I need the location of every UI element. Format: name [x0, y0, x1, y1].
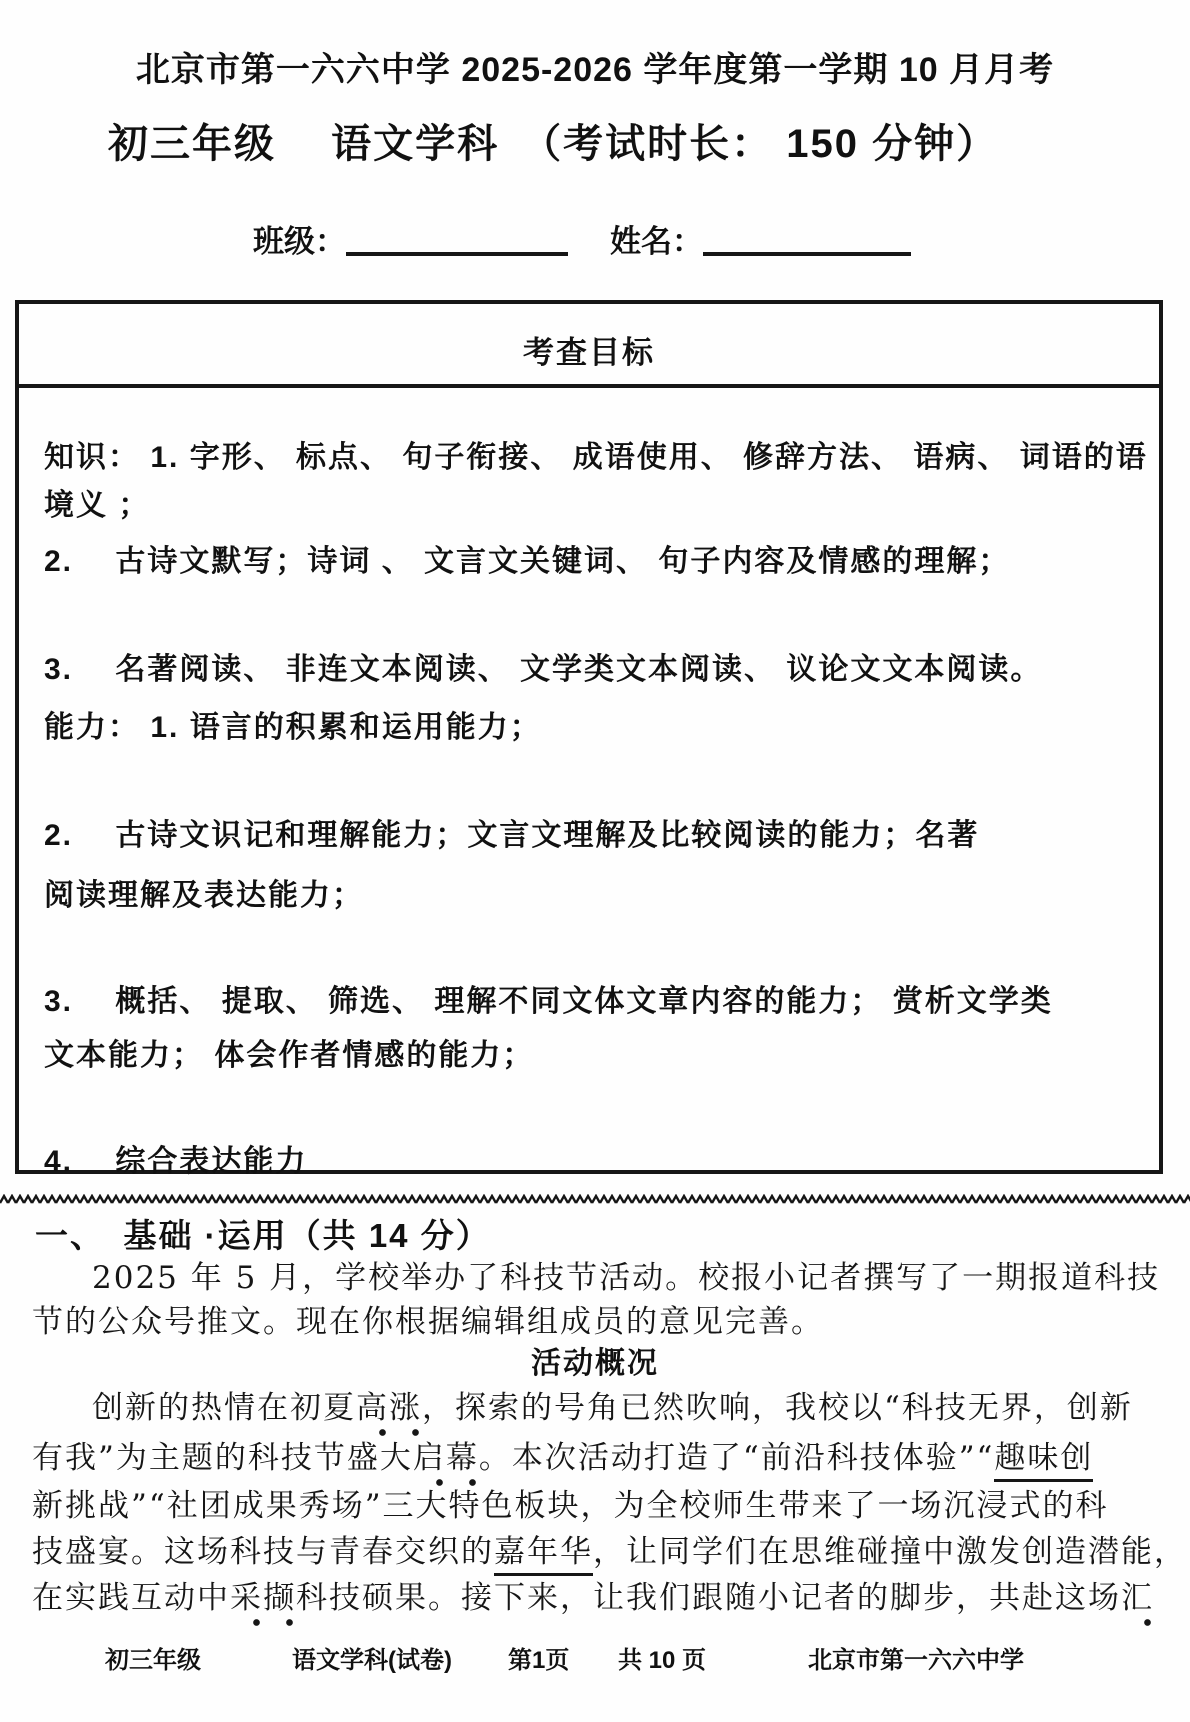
body-line: 技盛宴。这场科技与青春交织的嘉年华，让同学们在思维碰撞中激发创造潜能， [32, 1526, 1187, 1571]
footer-page-number: 第1页 [508, 1640, 569, 1675]
body-text: 新挑战”“社团成果秀场”三大特色板块，为全校师生带来了一场沉浸式的科 [32, 1488, 1109, 1524]
exam-subtitle: 初三年级 语文学科 （考试时长： 150 分钟） [108, 112, 998, 169]
exam-objectives-box: 考查目标 知识： 1. 字形、 标点、 句子衔接、 成语使用、 修辞方法、 语病… [15, 300, 1163, 1174]
underlined-text: 嘉年华 [494, 1534, 593, 1576]
objective-line: 3. 名著阅读、 非连文本阅读、 文学类文本阅读、 议论文文本阅读。 [44, 644, 1042, 688]
body-text: ，探索的号角已然吹响，我校以“科技无界，创新 [422, 1390, 1133, 1426]
intro-line: 2025 年 5 月，学校举办了科技节活动。校报小记者撰写了一期报道科技 [92, 1252, 1160, 1297]
body-text: 。本次活动打造了“前沿科技体验”“ [479, 1440, 995, 1476]
exam-paper-page: 北京市第一六六中学 2025-2026 学年度第一学期 10 月月考 初三年级 … [0, 0, 1190, 1722]
body-text: 技盛宴。这场科技与青春交织的 [32, 1534, 494, 1570]
footer-subject: 语文学科(试卷) [292, 1640, 452, 1675]
objective-line: 2. 古诗文识记和理解能力；文言文理解及比较阅读的能力；名著 [44, 810, 979, 854]
body-text: 创新的热情在初夏 [92, 1390, 356, 1426]
class-blank-field[interactable] [346, 216, 568, 256]
zigzag-divider [0, 1194, 1190, 1206]
objective-line: 能力： 1. 语言的积累和运用能力； [44, 702, 542, 746]
objective-line: 知识： 1. 字形、 标点、 句子衔接、 成语使用、 修辞方法、 语病、 词语的… [44, 432, 1148, 476]
objective-line: 境义 ； [44, 480, 150, 524]
name-label: 姓名： [610, 216, 703, 261]
body-line: 在实践互动中采撷科技硕果。接下来，让我们跟随小记者的脚步，共赴这场汇 [32, 1572, 1154, 1617]
objectives-box-title: 考查目标 [19, 304, 1159, 388]
exam-title: 北京市第一六六中学 2025-2026 学年度第一学期 10 月月考 [0, 42, 1190, 91]
emphasized-text: 采撷 [230, 1580, 296, 1627]
objective-line: 2. 古诗文默写；诗词 、 文言文关键词、 句子内容及情感的理解； [44, 536, 1010, 580]
emphasized-text: 高涨 [356, 1390, 422, 1437]
underlined-text: 趣味创 [994, 1440, 1093, 1482]
class-label: 班级： [253, 216, 346, 261]
name-blank-field[interactable] [703, 216, 911, 256]
body-line: 新挑战”“社团成果秀场”三大特色板块，为全校师生带来了一场沉浸式的科 [32, 1480, 1109, 1525]
body-text: ，让同学们在思维碰撞中激发创造潜能， [593, 1534, 1187, 1570]
intro-line: 节的公众号推文。现在你根据编辑组成员的意见完善。 [32, 1296, 824, 1341]
objective-line: 4. 综合表达能力 [44, 1136, 307, 1180]
body-text: 在实践互动中 [32, 1580, 230, 1616]
footer-school: 北京市第一六六中学 [808, 1640, 1024, 1675]
objective-line: 3. 概括、 提取、 筛选、 理解不同文体文章内容的能力； 赏析文学类 [44, 976, 1053, 1020]
footer-page-total: 共 10 页 [618, 1640, 706, 1675]
section-1-heading: 一、 基础 ·运用（共 14 分） [35, 1210, 491, 1257]
body-text: 有我”为主题的科技节盛大 [32, 1440, 413, 1476]
objective-line: 文本能力； 体会作者情感的能力； [44, 1030, 534, 1074]
body-line: 创新的热情在初夏高涨，探索的号角已然吹响，我校以“科技无界，创新 [92, 1382, 1133, 1427]
activity-overview-subheading: 活动概况 [0, 1338, 1190, 1382]
body-line: 有我”为主题的科技节盛大启幕。本次活动打造了“前沿科技体验”“趣味创 [32, 1432, 1093, 1477]
body-text: 科技硕果。接下来，让我们跟随小记者的脚步，共赴这场 [296, 1580, 1121, 1616]
student-info-row: 班级： 姓名： [253, 216, 911, 261]
footer-grade: 初三年级 [105, 1640, 201, 1675]
emphasized-text: 汇 [1121, 1580, 1154, 1627]
objective-line: 阅读理解及表达能力； [44, 870, 364, 914]
